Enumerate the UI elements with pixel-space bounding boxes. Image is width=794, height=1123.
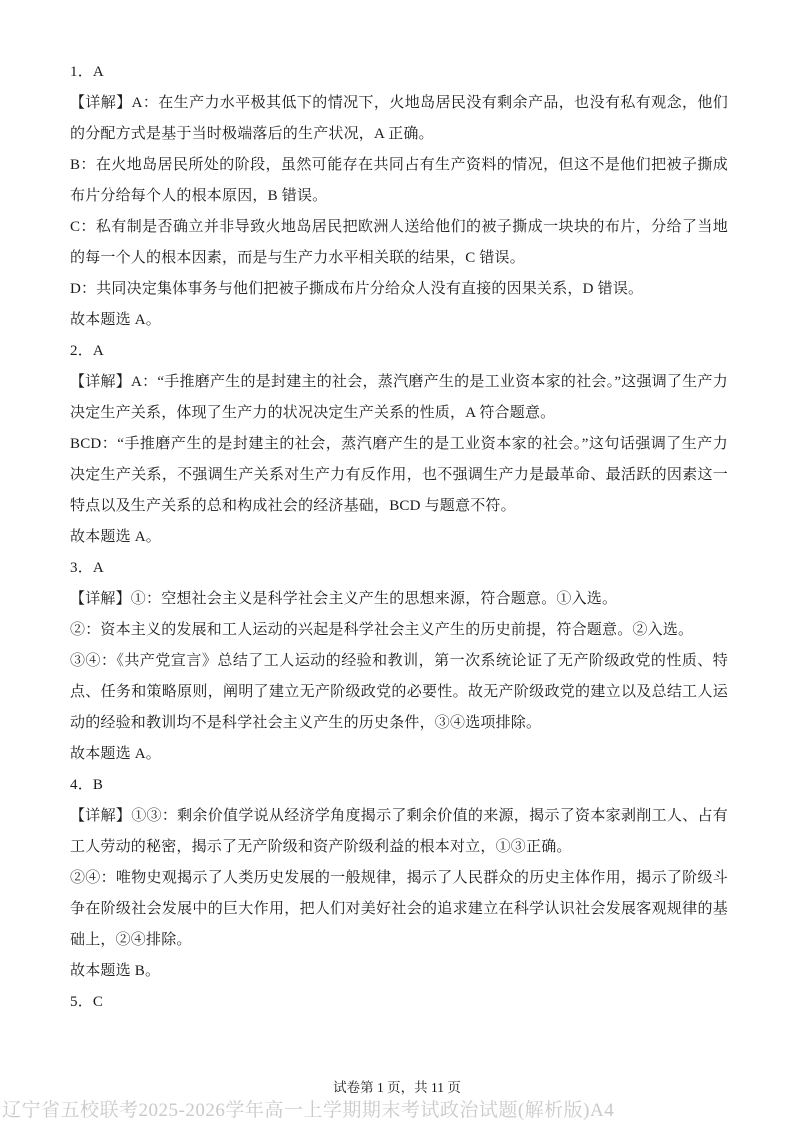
explanation-paragraph: 【详解】A：“手推磨产生的是封建主的社会，蒸汽磨产生的是工业资本家的社会。”这强… <box>70 367 728 429</box>
explanation-paragraph: D：共同决定集体事务与他们把被子撕成布片分给众人没有直接的因果关系，D 错误。 <box>70 274 728 305</box>
answer-number-heading: 2．A <box>70 336 728 367</box>
answer-number-heading: 5．C <box>70 987 728 1018</box>
page-footer: 试卷第 1 页，共 11 页 <box>0 1076 794 1096</box>
explanation-paragraph: 故本题选 A。 <box>70 522 728 553</box>
explanation-paragraph: B：在火地岛居民所处的阶段，虽然可能存在共同占有生产资料的情况，但这不是他们把被… <box>70 150 728 212</box>
explanation-paragraph: 【详解】A：在生产力水平极其低下的情况下，火地岛居民没有剩余产品，也没有私有观念… <box>70 88 728 150</box>
explanation-paragraph: C：私有制是否确立并非导致火地岛居民把欧洲人送给他们的被子撕成一块块的布片，分给… <box>70 212 728 274</box>
answer-number-heading: 3．A <box>70 553 728 584</box>
explanation-paragraph: BCD：“手推磨产生的是封建主的社会，蒸汽磨产生的是工业资本家的社会。”这句话强… <box>70 429 728 522</box>
document-page: 1．A【详解】A：在生产力水平极其低下的情况下，火地岛居民没有剩余产品，也没有私… <box>0 0 794 1123</box>
answer-number-heading: 4．B <box>70 770 728 801</box>
explanation-paragraph: 故本题选 A。 <box>70 305 728 336</box>
explanation-paragraph: ③④：《共产党宣言》总结了工人运动的经验和教训，第一次系统论证了无产阶级政党的性… <box>70 646 728 739</box>
explanation-paragraph: 【详解】①③：剩余价值学说从经济学角度揭示了剩余价值的来源，揭示了资本家剥削工人… <box>70 801 728 863</box>
watermark-text: 辽宁省五校联考2025-2026学年高一上学期期末考试政治试题(解析版)A4 <box>2 1095 614 1122</box>
answer-content: 1．A【详解】A：在生产力水平极其低下的情况下，火地岛居民没有剩余产品，也没有私… <box>70 57 728 1018</box>
explanation-paragraph: 故本题选 A。 <box>70 739 728 770</box>
explanation-paragraph: 故本题选 B。 <box>70 956 728 987</box>
explanation-paragraph: 【详解】①：空想社会主义是科学社会主义产生的思想来源，符合题意。①入选。 <box>70 584 728 615</box>
answer-number-heading: 1．A <box>70 57 728 88</box>
explanation-paragraph: ②④：唯物史观揭示了人类历史发展的一般规律，揭示了人民群众的历史主体作用，揭示了… <box>70 863 728 956</box>
explanation-paragraph: ②：资本主义的发展和工人运动的兴起是科学社会主义产生的历史前提，符合题意。②入选… <box>70 615 728 646</box>
